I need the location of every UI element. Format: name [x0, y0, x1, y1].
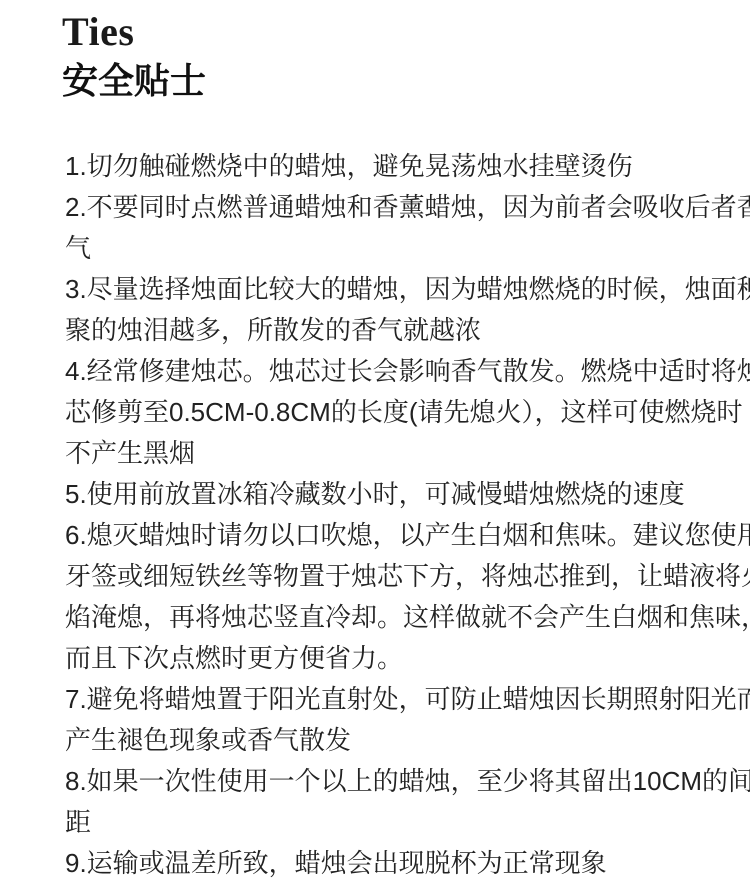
tip-item: 2.不要同时点燃普通蜡烛和香薰蜡烛，因为前者会吸收后者香 气 — [65, 187, 725, 269]
brand-logo-text: Ties — [62, 10, 134, 54]
tip-item: 9.运输或温差所致，蜡烛会出现脱杯为正常现象 — [65, 843, 725, 884]
tip-item: 6.熄灭蜡烛时请勿以口吹熄，以产生白烟和焦味。建议您使用 牙签或细短铁丝等物置于… — [65, 515, 725, 679]
safety-tips-list: 1.切勿触碰燃烧中的蜡烛，避免晃荡烛水挂壁烫伤 2.不要同时点燃普通蜡烛和香薰蜡… — [65, 146, 725, 884]
tip-item: 1.切勿触碰燃烧中的蜡烛，避免晃荡烛水挂壁烫伤 — [65, 146, 725, 187]
tip-item: 5.使用前放置冰箱冷藏数小时，可减慢蜡烛燃烧的速度 — [65, 474, 725, 515]
tip-item: 8.如果一次性使用一个以上的蜡烛，至少将其留出10CM的间 距 — [65, 761, 725, 843]
tip-item: 7.避免将蜡烛置于阳光直射处，可防止蜡烛因长期照射阳光而 产生褪色现象或香气散发 — [65, 679, 725, 761]
tip-item: 3.尽量选择烛面比较大的蜡烛，因为蜡烛燃烧的时候，烛面积 聚的烛泪越多，所散发的… — [65, 269, 725, 351]
tip-item: 4.经常修建烛芯。烛芯过长会影响香气散发。燃烧中适时将烛 芯修剪至0.5CM-0… — [65, 351, 725, 474]
page-title: 安全贴士 — [62, 60, 206, 101]
